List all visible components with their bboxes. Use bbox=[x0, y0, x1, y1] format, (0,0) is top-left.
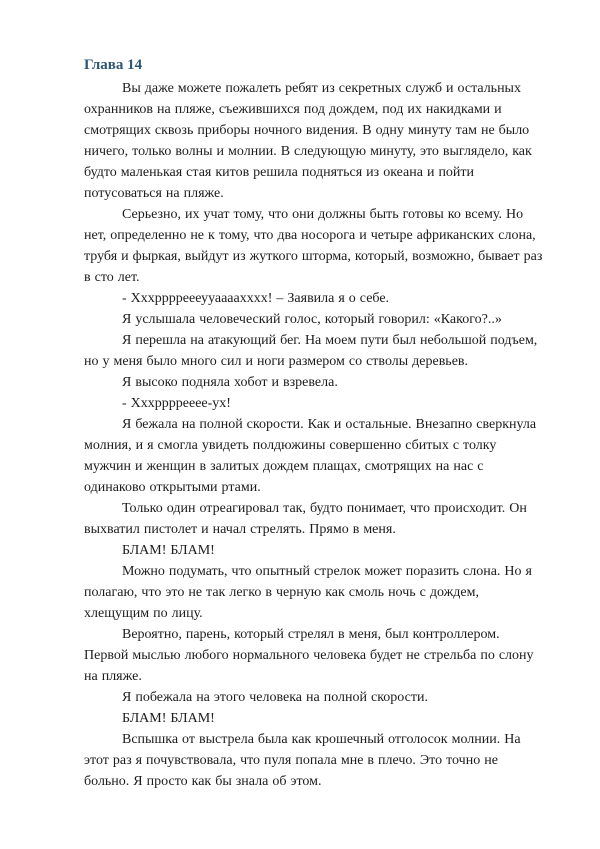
paragraph: Я бежала на полной скорости. Как и остал… bbox=[84, 414, 544, 498]
chapter-heading: Глава 14 bbox=[84, 55, 544, 75]
paragraph: Я перешла на атакующий бег. На моем пути… bbox=[84, 330, 544, 372]
paragraph: - Хххрррреееууаааахххх! – Заявила я о се… bbox=[84, 288, 544, 309]
paragraph: Я услышала человеческий голос, который г… bbox=[84, 309, 544, 330]
paragraph: Можно подумать, что опытный стрелок може… bbox=[84, 561, 544, 624]
text-content: Глава 14 Вы даже можете пожалеть ребят и… bbox=[84, 55, 544, 792]
paragraph: Я побежала на этого человека на полной с… bbox=[84, 687, 544, 708]
paragraph: Вспышка от выстрела была как крошечный о… bbox=[84, 729, 544, 792]
paragraph: Только один отреагировал так, будто пони… bbox=[84, 498, 544, 540]
document-page: Глава 14 Вы даже можете пожалеть ребят и… bbox=[0, 0, 600, 849]
paragraph: БЛАМ! БЛАМ! bbox=[84, 708, 544, 729]
paragraph: - Хххррррееее-ух! bbox=[84, 393, 544, 414]
paragraph: Серьезно, их учат тому, что они должны б… bbox=[84, 204, 544, 288]
paragraph: БЛАМ! БЛАМ! bbox=[84, 540, 544, 561]
paragraph: Вы даже можете пожалеть ребят из секретн… bbox=[84, 78, 544, 204]
paragraph: Я высоко подняла хобот и взревела. bbox=[84, 372, 544, 393]
paragraph: Вероятно, парень, который стрелял в меня… bbox=[84, 624, 544, 687]
